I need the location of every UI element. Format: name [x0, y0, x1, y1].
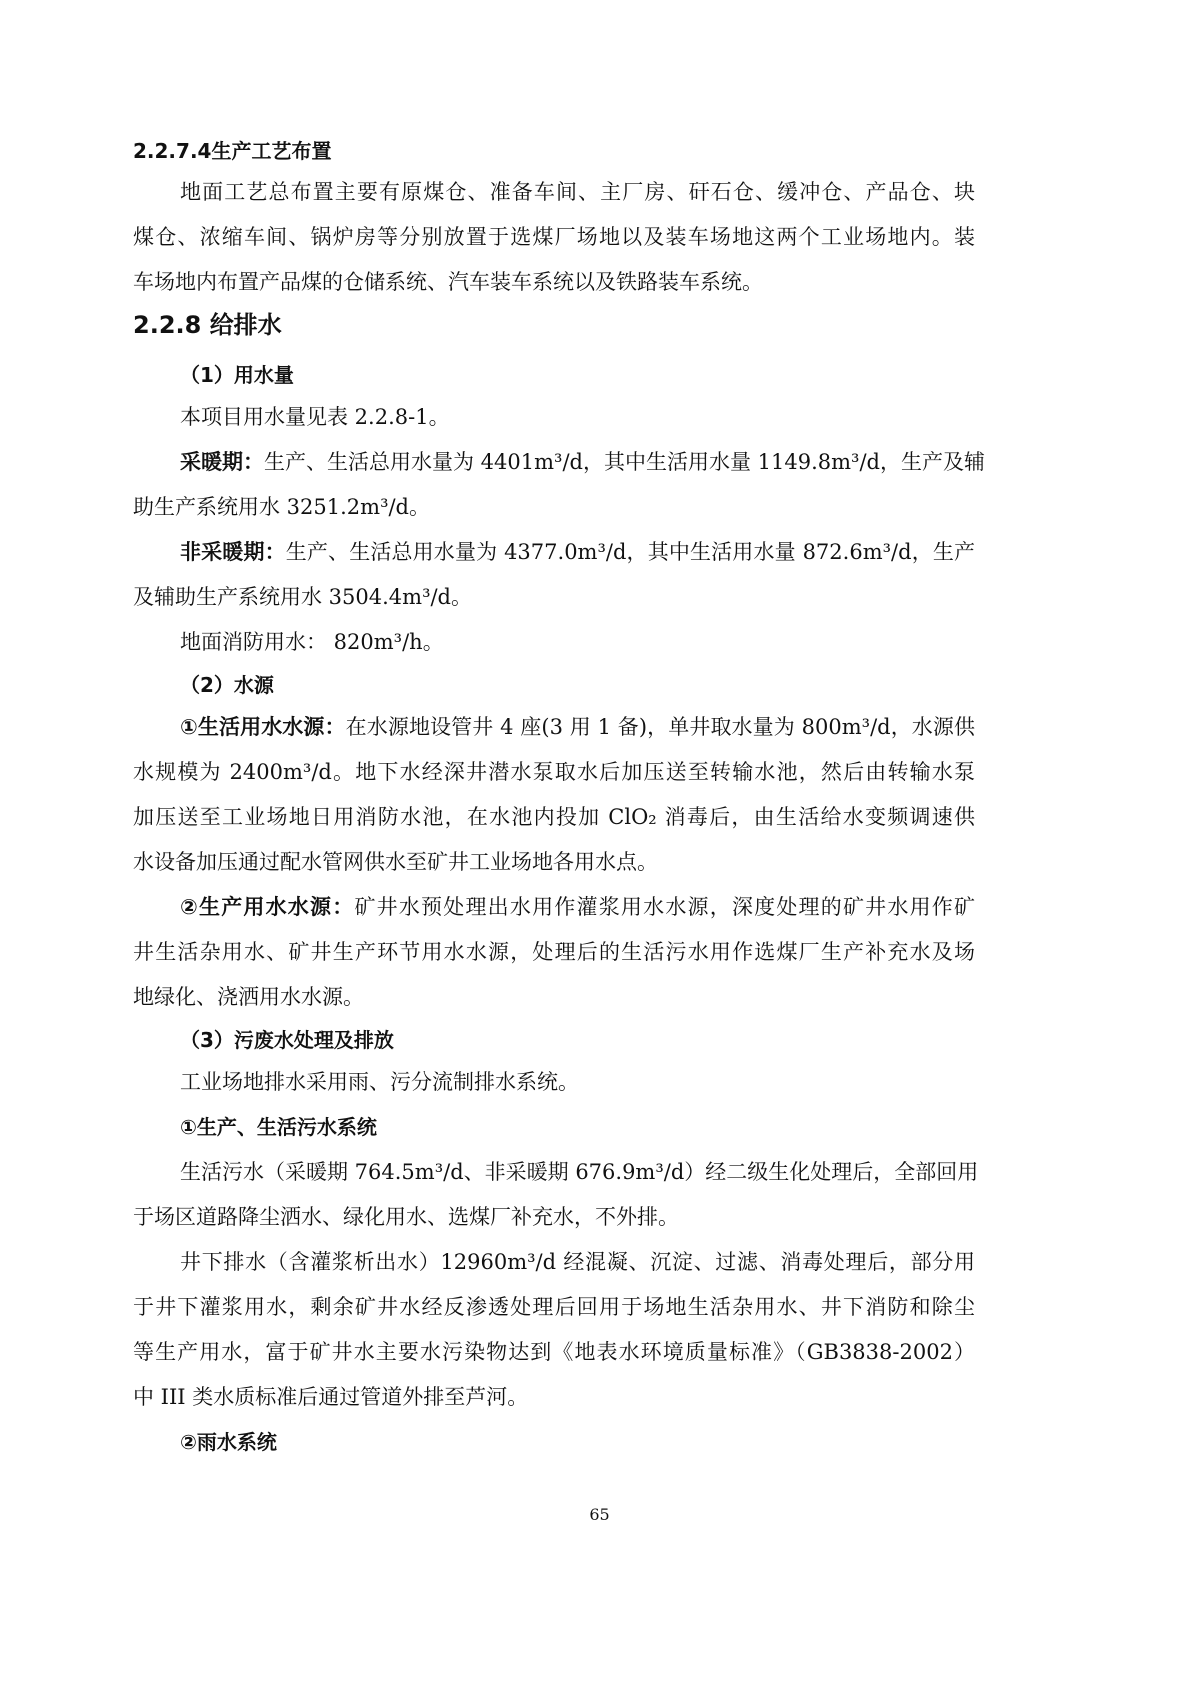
- section-heading-228: 2.2.8 给排水: [133, 310, 282, 340]
- paragraph-line: 于场区道路降尘洒水、绿化用水、选煤厂补充水，不外排。: [133, 1202, 679, 1232]
- paragraph-heating: 采暖期：生产、生活总用水量为 4401m³/d，其中生活用水量 1149.8m³…: [180, 447, 975, 477]
- text: 在水源地设管井 4 座(3 用 1 备)，单井取水量为 800m³/d，水源供: [346, 715, 975, 739]
- paragraph-line: 生活污水（采暖期 764.5m³/d、非采暖期 676.9m³/d）经二级生化处…: [180, 1157, 975, 1187]
- paragraph-line: 本项目用水量见表 2.2.8-1。: [180, 402, 450, 432]
- text: 生产、生活总用水量为 4377.0m³/d，其中生活用水量 872.6m³/d，…: [286, 540, 975, 564]
- paragraph-nonheating: 非采暖期：生产、生活总用水量为 4377.0m³/d，其中生活用水量 872.6…: [180, 537, 975, 567]
- paragraph-line: 地面工艺总布置主要有原煤仓、准备车间、主厂房、矸石仓、缓冲仓、产品仓、块: [180, 177, 975, 207]
- subheading-wastewater: （3）污废水处理及排放: [180, 1025, 394, 1055]
- page-number: 65: [0, 1505, 1199, 1524]
- text: 矿井水预处理出水用作灌浆用水水源，深度处理的矿井水用作矿: [354, 895, 975, 919]
- paragraph-line: 地面消防用水： 820m³/h。: [180, 627, 444, 657]
- paragraph-line: 地绿化、浇洒用水水源。: [133, 982, 364, 1012]
- label-domestic: ①生活用水水源：: [180, 715, 346, 739]
- paragraph-line: 等生产用水，富于矿井水主要水污染物达到《地表水环境质量标准》（GB3838-20…: [133, 1337, 975, 1367]
- paragraph-line: 助生产系统用水 3251.2m³/d。: [133, 492, 430, 522]
- subheading-sewage-system: ①生产、生活污水系统: [180, 1112, 377, 1142]
- label-production: ②生产用水水源：: [180, 895, 354, 919]
- label-nonheating: 非采暖期：: [180, 540, 286, 564]
- paragraph-line: 车场地内布置产品煤的仓储系统、汽车装车系统以及铁路装车系统。: [133, 267, 763, 297]
- subheading-water-source: （2）水源: [180, 670, 274, 700]
- paragraph-line: 及辅助生产系统用水 3504.4m³/d。: [133, 582, 472, 612]
- paragraph-line: 井生活杂用水、矿井生产环节用水水源，处理后的生活污水用作选煤厂生产补充水及场: [133, 937, 975, 967]
- subheading-rainwater-system: ②雨水系统: [180, 1427, 277, 1457]
- subheading-water-use: （1）用水量: [180, 360, 294, 390]
- paragraph-line: 井下排水（含灌浆析出水）12960m³/d 经混凝、沉淀、过滤、消毒处理后，部分…: [180, 1247, 975, 1277]
- paragraph-line: 中 III 类水质标准后通过管道外排至芦河。: [133, 1382, 528, 1412]
- text: 生产、生活总用水量为 4401m³/d，其中生活用水量 1149.8m³/d，生…: [264, 450, 985, 474]
- paragraph-line: 水规模为 2400m³/d。地下水经深井潜水泵取水后加压送至转输水池，然后由转输…: [133, 757, 975, 787]
- paragraph-line: 加压送至工业场地日用消防水池，在水池内投加 ClO₂ 消毒后，由生活给水变频调速…: [133, 802, 975, 832]
- document-page: 2.2.7.4生产工艺布置 地面工艺总布置主要有原煤仓、准备车间、主厂房、矸石仓…: [0, 0, 1199, 1696]
- paragraph-line: 煤仓、浓缩车间、锅炉房等分别放置于选煤厂场地以及装车场地这两个工业场地内。装: [133, 222, 975, 252]
- paragraph-domestic: ①生活用水水源：在水源地设管井 4 座(3 用 1 备)，单井取水量为 800m…: [180, 712, 975, 742]
- paragraph-production: ②生产用水水源：矿井水预处理出水用作灌浆用水水源，深度处理的矿井水用作矿: [180, 892, 975, 922]
- label-heating: 采暖期：: [180, 450, 264, 474]
- section-heading-2274: 2.2.7.4生产工艺布置: [133, 136, 331, 166]
- paragraph-line: 工业场地排水采用雨、污分流制排水系统。: [180, 1067, 579, 1097]
- paragraph-line: 水设备加压通过配水管网供水至矿井工业场地各用水点。: [133, 847, 658, 877]
- paragraph-line: 于井下灌浆用水，剩余矿井水经反渗透处理后回用于场地生活杂用水、井下消防和除尘: [133, 1292, 975, 1322]
